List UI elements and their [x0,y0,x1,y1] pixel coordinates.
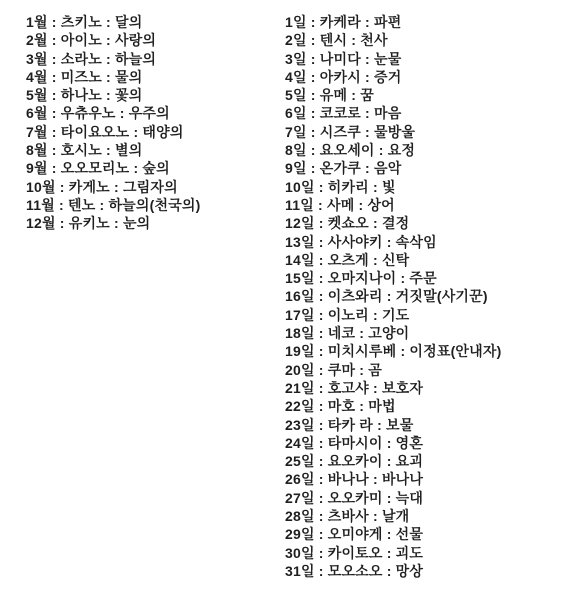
list-item: 1일 : 카케라 : 파편 [285,13,501,31]
list-item: 9월 : 오오모리노 : 숲의 [26,159,201,177]
month-name-list: 1월 : 츠키노 : 달의2월 : 아이노 : 사랑의3월 : 소라노 : 하늘… [26,13,201,233]
list-item: 6일 : 코코로 : 마음 [285,104,501,122]
list-item: 1월 : 츠키노 : 달의 [26,13,201,31]
list-item: 7월 : 타이요오노 : 태양의 [26,123,201,141]
list-item: 25일 : 요오카이 : 요괴 [285,452,501,470]
list-item: 19일 : 미치시루베 : 이정표(안내자) [285,342,501,360]
list-item: 21일 : 호고샤 : 보호자 [285,379,501,397]
list-item: 4일 : 아카시 : 증거 [285,68,501,86]
list-item: 8월 : 호시노 : 별의 [26,141,201,159]
list-item: 9일 : 온가쿠 : 음악 [285,159,501,177]
list-item: 20일 : 쿠마 : 곰 [285,361,501,379]
list-item: 2월 : 아이노 : 사랑의 [26,31,201,49]
list-item: 4월 : 미즈노 : 물의 [26,68,201,86]
list-item: 23일 : 타카 라 : 보물 [285,416,501,434]
list-item: 28일 : 츠바사 : 날개 [285,507,501,525]
list-item: 8일 : 요오세이 : 요정 [285,141,501,159]
text-list-page: 1월 : 츠키노 : 달의2월 : 아이노 : 사랑의3월 : 소라노 : 하늘… [0,0,570,592]
list-item: 5월 : 하나노 : 꽃의 [26,86,201,104]
list-item: 12월 : 유키노 : 눈의 [26,214,201,232]
list-item: 14일 : 오츠게 : 신탁 [285,251,501,269]
list-item: 5일 : 유메 : 꿈 [285,86,501,104]
list-item: 10일 : 히카리 : 빛 [285,178,501,196]
list-item: 26일 : 바나나 : 바나나 [285,470,501,488]
list-item: 10월 : 카게노 : 그림자의 [26,178,201,196]
list-item: 22일 : 마호 : 마법 [285,397,501,415]
list-item: 27일 : 오오카미 : 늑대 [285,489,501,507]
list-item: 31일 : 모오소오 : 망상 [285,562,501,580]
list-item: 24일 : 타마시이 : 영혼 [285,434,501,452]
list-item: 2일 : 텐시 : 천사 [285,31,501,49]
list-item: 30일 : 카이토오 : 괴도 [285,544,501,562]
list-item: 11월 : 텐노 : 하늘의(천국의) [26,196,201,214]
list-item: 3월 : 소라노 : 하늘의 [26,50,201,68]
list-item: 12일 : 켓쇼오 : 결정 [285,214,501,232]
list-item: 6월 : 우츄우노 : 우주의 [26,104,201,122]
list-item: 15일 : 오마지나이 : 주문 [285,269,501,287]
list-item: 29일 : 오미야게 : 선물 [285,525,501,543]
day-name-list: 1일 : 카케라 : 파편2일 : 텐시 : 천사3일 : 나미다 : 눈물4일… [285,13,501,580]
list-item: 11일 : 사메 : 상어 [285,196,501,214]
list-item: 17일 : 이노리 : 기도 [285,306,501,324]
list-item: 13일 : 사사야키 : 속삭임 [285,233,501,251]
list-item: 16일 : 이츠와리 : 거짓말(사기꾼) [285,287,501,305]
list-item: 3일 : 나미다 : 눈물 [285,50,501,68]
list-item: 18일 : 네코 : 고양이 [285,324,501,342]
list-item: 7일 : 시즈쿠 : 물방울 [285,123,501,141]
